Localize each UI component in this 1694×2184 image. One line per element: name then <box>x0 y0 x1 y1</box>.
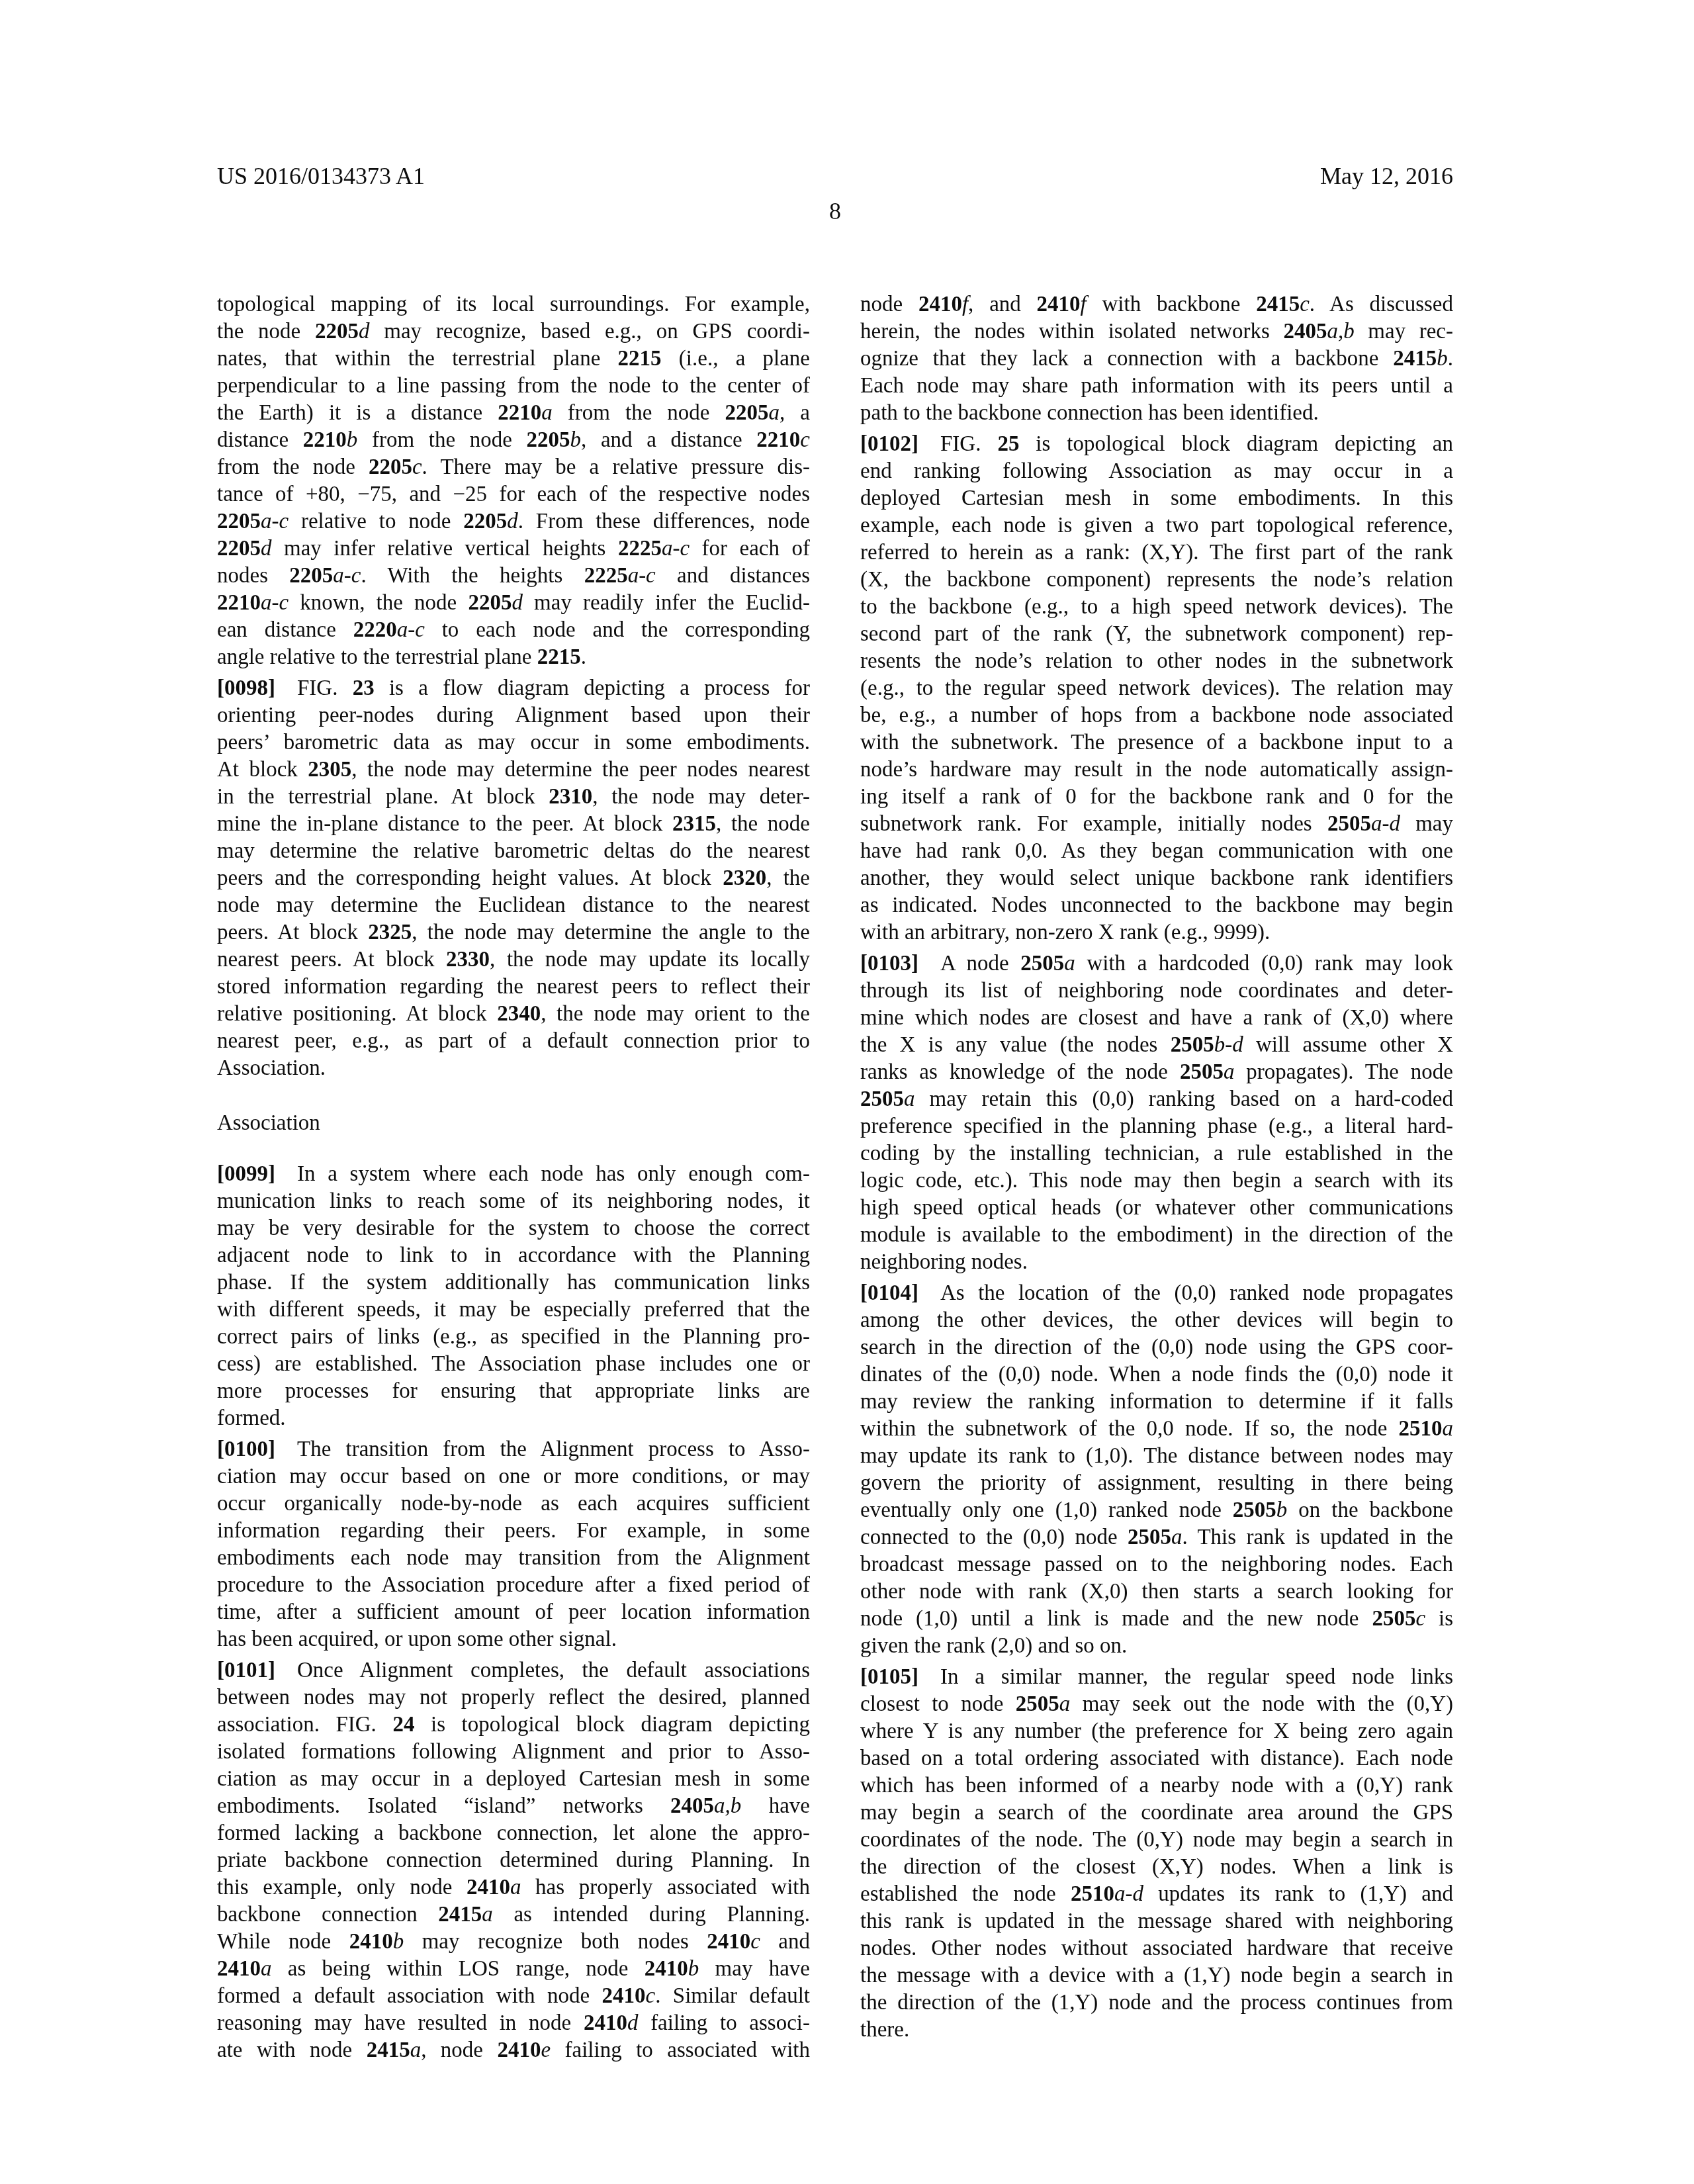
paragraph-0105: [0105] In a similar manner, the regular … <box>860 1664 1453 2044</box>
text-line: mine the in-plane distance to the peer. … <box>217 811 810 838</box>
left-column: topological mapping of its local surroun… <box>217 291 810 2064</box>
text-line: this rank is updated in the message shar… <box>860 1908 1453 1935</box>
text-line: among the other devices, the other devic… <box>860 1307 1453 1334</box>
text-line: may determine the relative barometric de… <box>217 838 810 865</box>
text-line: resents the node’s relation to other nod… <box>860 648 1453 675</box>
text-line: there. <box>860 2017 1453 2044</box>
text-line: established the node 2510a-d updates its… <box>860 1881 1453 1908</box>
text-line: nodes. Other nodes without associated ha… <box>860 1935 1453 1962</box>
text-line: priate backbone connection determined du… <box>217 1847 810 1874</box>
text-line: (e.g., to the regular speed network devi… <box>860 675 1453 702</box>
text-line: ognize that they lack a connection with … <box>860 345 1453 373</box>
text-line: with an arbitrary, non-zero X rank (e.g.… <box>860 919 1453 946</box>
text-line: herein, the nodes within isolated networ… <box>860 318 1453 345</box>
text-line: ranks as knowledge of the node 2505a pro… <box>860 1059 1453 1086</box>
paragraph-continuation: topological mapping of its local surroun… <box>217 291 810 671</box>
paragraph-0104: [0104] As the location of the (0,0) rank… <box>860 1280 1453 1660</box>
text-line: may begin a search of the coordinate are… <box>860 1799 1453 1827</box>
text-line: phase. If the system additionally has co… <box>217 1269 810 1297</box>
text-line: the X is any value (the nodes 2505b-d wi… <box>860 1032 1453 1059</box>
text-line: correct pairs of links (e.g., as specifi… <box>217 1324 810 1351</box>
text-line: distance 2210b from the node 2205b, and … <box>217 427 810 454</box>
text-line: Association. <box>217 1055 810 1082</box>
text-line: nodes 2205a-c. With the heights 2225a-c … <box>217 563 810 590</box>
text-line: peers and the corresponding height value… <box>217 865 810 892</box>
text-line: closest to node 2505a may seek out the n… <box>860 1691 1453 1718</box>
text-line: through its list of neighboring node coo… <box>860 978 1453 1005</box>
text-line: Each node may share path information wit… <box>860 373 1453 400</box>
text-line: the direction of the closest (X,Y) nodes… <box>860 1854 1453 1881</box>
text-line: second part of the rank (Y, the subnetwo… <box>860 621 1453 648</box>
text-line: high speed optical heads (or whatever ot… <box>860 1195 1453 1222</box>
text-line: be, e.g., a number of hops from a backbo… <box>860 702 1453 729</box>
patent-publication-number: US 2016/0134373 A1 <box>217 161 425 191</box>
paragraph-0100: [0100] The transition from the Alignment… <box>217 1436 810 1653</box>
text-line: ean distance 2220a-c to each node and th… <box>217 617 810 644</box>
text-line: ate with node 2415a, node 2410e failing … <box>217 2037 810 2064</box>
text-line: [0105] In a similar manner, the regular … <box>860 1664 1453 1691</box>
text-line: peers. At block 2325, the node may deter… <box>217 919 810 946</box>
paragraph-0102: [0102] FIG. 25 is topological block diag… <box>860 431 1453 946</box>
text-line: another, they would select unique backbo… <box>860 865 1453 892</box>
text-line: which has been informed of a nearby node… <box>860 1772 1453 1799</box>
text-line: formed. <box>217 1405 810 1432</box>
text-line: more processes for ensuring that appropr… <box>217 1378 810 1405</box>
text-line: node’s hardware may result in the node a… <box>860 756 1453 784</box>
text-line: node (1,0) until a link is made and the … <box>860 1606 1453 1633</box>
text-line: ciation may occur based on one or more c… <box>217 1463 810 1490</box>
text-line: govern the priority of assignment, resul… <box>860 1470 1453 1497</box>
text-line: ciation as may occur in a deployed Carte… <box>217 1766 810 1793</box>
text-line: isolated formations following Alignment … <box>217 1739 810 1766</box>
text-line: ing itself a rank of 0 for the backbone … <box>860 784 1453 811</box>
text-line: stored information regarding the nearest… <box>217 974 810 1001</box>
text-line: search in the direction of the (0,0) nod… <box>860 1334 1453 1361</box>
patent-document-page: US 2016/0134373 A1 May 12, 2016 8 topolo… <box>0 0 1694 2184</box>
text-line: connected to the (0,0) node 2505a. This … <box>860 1524 1453 1551</box>
text-line: as indicated. Nodes unconnected to the b… <box>860 892 1453 919</box>
text-line: from the node 2205c. There may be a rela… <box>217 454 810 481</box>
section-heading-association: Association <box>217 1110 810 1137</box>
text-line: formed a default association with node 2… <box>217 1983 810 2010</box>
text-line: the Earth) it is a distance 2210a from t… <box>217 400 810 427</box>
text-line: has been acquired, or upon some other si… <box>217 1626 810 1653</box>
text-line: information regarding their peers. For e… <box>217 1518 810 1545</box>
text-line: coordinates of the node. The (0,Y) node … <box>860 1827 1453 1854</box>
text-line: path to the backbone connection has been… <box>860 400 1453 427</box>
text-line: topological mapping of its local surroun… <box>217 291 810 318</box>
paragraph-0101: [0101] Once Alignment completes, the def… <box>217 1657 810 2064</box>
text-line: nates, that within the terrestrial plane… <box>217 345 810 373</box>
paragraph-0101-continued: node 2410f, and 2410f with backbone 2415… <box>860 291 1453 427</box>
text-line: dinates of the (0,0) node. When a node f… <box>860 1361 1453 1388</box>
text-line: [0101] Once Alignment completes, the def… <box>217 1657 810 1684</box>
text-line: eventually only one (1,0) ranked node 25… <box>860 1497 1453 1524</box>
text-line: (X, the backbone component) represents t… <box>860 567 1453 594</box>
text-line: munication links to reach some of its ne… <box>217 1188 810 1215</box>
text-line: embodiments. Isolated “island” networks … <box>217 1793 810 1820</box>
text-line: [0104] As the location of the (0,0) rank… <box>860 1280 1453 1307</box>
paragraph-0098: [0098] FIG. 23 is a flow diagram depicti… <box>217 675 810 1082</box>
text-line: where Y is any number (the preference fo… <box>860 1718 1453 1745</box>
text-line: [0103] A node 2505a with a hardcoded (0,… <box>860 950 1453 978</box>
text-line: node 2410f, and 2410f with backbone 2415… <box>860 291 1453 318</box>
text-line: node may determine the Euclidean distanc… <box>217 892 810 919</box>
text-line: in the terrestrial plane. At block 2310,… <box>217 784 810 811</box>
text-line: may review the ranking information to de… <box>860 1388 1453 1416</box>
text-line: example, each node is given a two part t… <box>860 512 1453 539</box>
text-line: procedure to the Association procedure a… <box>217 1572 810 1599</box>
text-line: tance of +80, −75, and −25 for each of t… <box>217 481 810 508</box>
text-line: logic code, etc.). This node may then be… <box>860 1167 1453 1195</box>
publication-date: May 12, 2016 <box>1320 161 1453 191</box>
text-line: between nodes may not properly reflect t… <box>217 1684 810 1711</box>
right-column: node 2410f, and 2410f with backbone 2415… <box>860 291 1453 2044</box>
text-line: based on a total ordering associated wit… <box>860 1745 1453 1772</box>
text-line: occur organically node-by-node as each a… <box>217 1490 810 1518</box>
text-line: given the rank (2,0) and so on. <box>860 1633 1453 1660</box>
text-line: with the subnetwork. The presence of a b… <box>860 729 1453 756</box>
text-line: preference specified in the planning pha… <box>860 1113 1453 1140</box>
text-line: While node 2410b may recognize both node… <box>217 1929 810 1956</box>
text-line: deployed Cartesian mesh in some embodime… <box>860 485 1453 512</box>
text-line: the message with a device with a (1,Y) n… <box>860 1962 1453 1989</box>
text-line: embodiments each node may transition fro… <box>217 1545 810 1572</box>
text-line: association. FIG. 24 is topological bloc… <box>217 1711 810 1739</box>
text-line: subnetwork rank. For example, initially … <box>860 811 1453 838</box>
text-line: have had rank 0,0. As they began communi… <box>860 838 1453 865</box>
text-line: time, after a sufficient amount of peer … <box>217 1599 810 1626</box>
page-number: 8 <box>217 197 1453 225</box>
text-line: other node with rank (X,0) then starts a… <box>860 1578 1453 1606</box>
text-line: [0100] The transition from the Alignment… <box>217 1436 810 1463</box>
text-line: mine which nodes are closest and have a … <box>860 1005 1453 1032</box>
text-line: backbone connection 2415a as intended du… <box>217 1901 810 1929</box>
text-line: [0098] FIG. 23 is a flow diagram depicti… <box>217 675 810 702</box>
text-line: 2210a-c known, the node 2205d may readil… <box>217 590 810 617</box>
text-line: 2205d may infer relative vertical height… <box>217 535 810 563</box>
text-line: perpendicular to a line passing from the… <box>217 373 810 400</box>
text-line: neighboring nodes. <box>860 1249 1453 1276</box>
text-line: the direction of the (1,Y) node and the … <box>860 1989 1453 2017</box>
text-line: the node 2205d may recognize, based e.g.… <box>217 318 810 345</box>
text-line: may be very desirable for the system to … <box>217 1215 810 1242</box>
text-line: with different speeds, it may be especia… <box>217 1297 810 1324</box>
text-line: At block 2305, the node may determine th… <box>217 756 810 784</box>
text-line: relative positioning. At block 2340, the… <box>217 1001 810 1028</box>
paragraph-0103: [0103] A node 2505a with a hardcoded (0,… <box>860 950 1453 1276</box>
text-line: to the backbone (e.g., to a high speed n… <box>860 594 1453 621</box>
text-line: within the subnetwork of the 0,0 node. I… <box>860 1416 1453 1443</box>
text-line: nearest peer, e.g., as part of a default… <box>217 1028 810 1055</box>
text-line: coding by the installing technician, a r… <box>860 1140 1453 1167</box>
text-line: reasoning may have resulted in node 2410… <box>217 2010 810 2037</box>
text-line: cess) are established. The Association p… <box>217 1351 810 1378</box>
text-line: 2410a as being within LOS range, node 24… <box>217 1956 810 1983</box>
text-line: 2505a may retain this (0,0) ranking base… <box>860 1086 1453 1113</box>
text-line: peers’ barometric data as may occur in s… <box>217 729 810 756</box>
text-line: end ranking following Association as may… <box>860 458 1453 485</box>
text-line: 2205a-c relative to node 2205d. From the… <box>217 508 810 535</box>
paragraph-0099: [0099] In a system where each node has o… <box>217 1161 810 1432</box>
text-line: [0099] In a system where each node has o… <box>217 1161 810 1188</box>
text-line: broadcast message passed on to the neigh… <box>860 1551 1453 1578</box>
text-line: adjacent node to link to in accordance w… <box>217 1242 810 1269</box>
text-line: this example, only node 2410a has proper… <box>217 1874 810 1901</box>
text-line: may update its rank to (1,0). The distan… <box>860 1443 1453 1470</box>
text-line: module is available to the embodiment) i… <box>860 1222 1453 1249</box>
text-line: [0102] FIG. 25 is topological block diag… <box>860 431 1453 458</box>
text-line: referred to herein as a rank: (X,Y). The… <box>860 539 1453 567</box>
text-line: orienting peer-nodes during Alignment ba… <box>217 702 810 729</box>
text-line: nearest peers. At block 2330, the node m… <box>217 946 810 974</box>
text-line: angle relative to the terrestrial plane … <box>217 644 810 671</box>
text-line: formed lacking a backbone connection, le… <box>217 1820 810 1847</box>
